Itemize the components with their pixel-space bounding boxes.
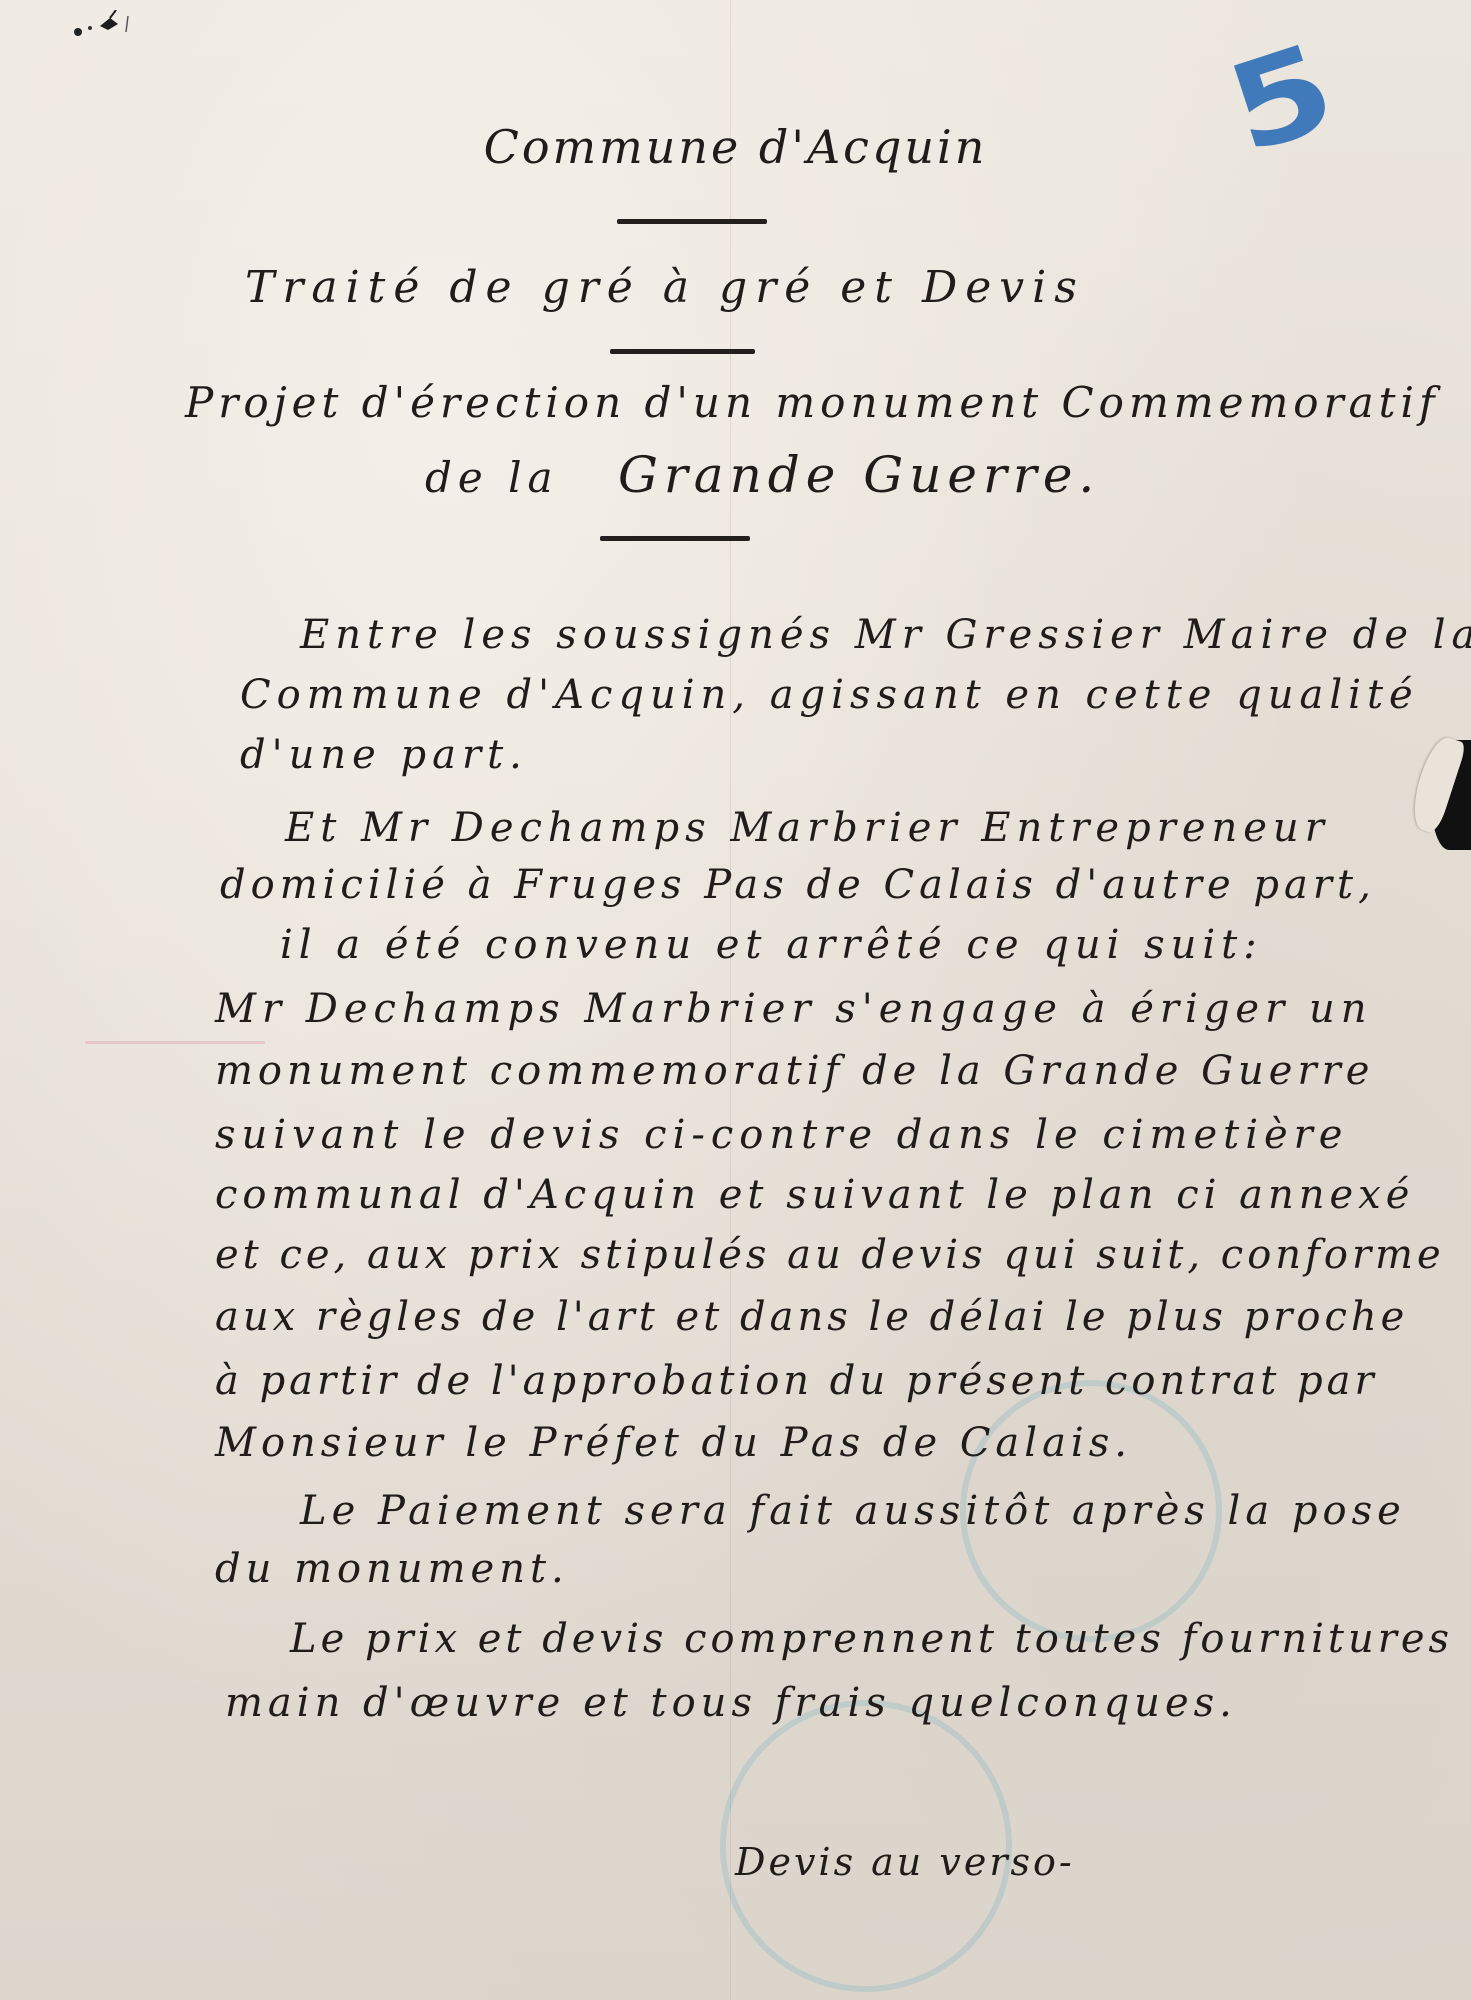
project-title-line2: de la Grande Guerre.	[425, 446, 1100, 504]
body-line: main d'œuvre et tous frais quelconques.	[225, 1680, 1237, 1726]
ink-blot-icon	[70, 10, 150, 40]
project-title-line1: Projet d'érection d'un monument Commemor…	[185, 378, 1440, 427]
margin-pink-mark	[85, 1041, 265, 1044]
body-line: Monsieur le Préfet du Pas de Calais.	[215, 1420, 1132, 1466]
body-line: monument commemoratif de la Grande Guerr…	[215, 1048, 1374, 1094]
body-line: domicilié à Fruges Pas de Calais d'autre…	[220, 862, 1376, 908]
body-line: Et Mr Dechamps Marbrier Entrepreneur	[285, 805, 1330, 851]
body-line: du monument.	[215, 1546, 569, 1592]
footer-note: Devis au verso-	[735, 1840, 1075, 1884]
divider-rule	[610, 349, 755, 354]
body-line: communal d'Acquin et suivant le plan ci …	[215, 1172, 1414, 1218]
body-line: Le prix et devis comprennent toutes four…	[290, 1616, 1453, 1662]
body-line: d'une part.	[240, 732, 528, 778]
document-heading: Commune d'Acquin	[0, 120, 1471, 174]
body-line: Commune d'Acquin, agissant en cette qual…	[240, 672, 1419, 718]
project-title-prefix: de la	[425, 453, 559, 502]
body-line: et ce, aux prix stipulés au devis qui su…	[215, 1232, 1445, 1278]
body-line: suivant le devis ci-contre dans le cimet…	[215, 1112, 1348, 1158]
document-subheading: Traité de gré à gré et Devis	[245, 262, 1085, 313]
body-line: il a été convenu et arrêté ce qui suit:	[280, 922, 1263, 968]
body-line: Mr Dechamps Marbrier s'engage à ériger u…	[215, 986, 1372, 1032]
divider-rule	[600, 536, 750, 541]
divider-rule	[617, 219, 767, 224]
body-line: Le Paiement sera fait aussitôt après la …	[300, 1488, 1406, 1534]
body-line: à partir de l'approbation du présent con…	[215, 1358, 1378, 1404]
body-line: aux règles de l'art et dans le délai le …	[215, 1294, 1408, 1340]
project-title-emphasis: Grande Guerre.	[618, 446, 1100, 504]
body-line: Entre les soussignés Mr Gressier Maire d…	[300, 612, 1471, 658]
